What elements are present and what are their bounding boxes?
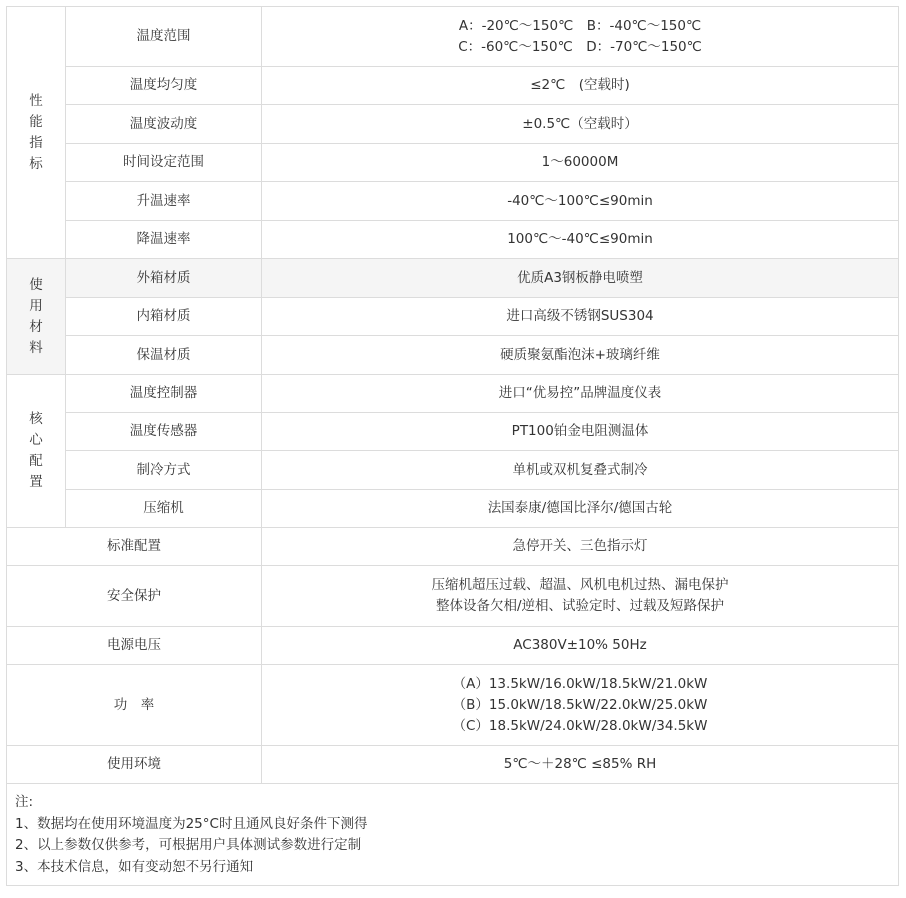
table-row: 使用材料 外箱材质 优质A3钢板静电喷塑 bbox=[7, 259, 899, 298]
row-label: 安全保护 bbox=[7, 566, 262, 627]
row-value: 急停开关、三色指示灯 bbox=[262, 528, 899, 566]
table-row: 安全保护 压缩机超压过载、超温、风机电机过热、漏电保护 整体设备欠相/逆相、试验… bbox=[7, 566, 899, 627]
note-item: 1、数据均在使用环境温度为25°C时且通风良好条件下测得 bbox=[15, 814, 890, 836]
row-value: AC380V±10% 50Hz bbox=[262, 627, 899, 665]
table-row: 时间设定范围 1～60000M bbox=[7, 144, 899, 182]
row-value: 进口高级不锈钢SUS304 bbox=[262, 298, 899, 336]
table-row: 核心配置 温度控制器 进口“优易控”品牌温度仪表 bbox=[7, 375, 899, 413]
row-value: 优质A3钢板静电喷塑 bbox=[262, 259, 899, 298]
row-label: 电源电压 bbox=[7, 627, 262, 665]
row-label: 外箱材质 bbox=[66, 259, 262, 298]
group-label-materials: 使用材料 bbox=[7, 259, 66, 375]
row-label: 压缩机 bbox=[66, 490, 262, 528]
table-row: 降温速率 100℃～-40℃≤90min bbox=[7, 221, 899, 259]
table-row: 温度传感器 PT100铂金电阻测温体 bbox=[7, 413, 899, 451]
row-value: -40℃～100℃≤90min bbox=[262, 182, 899, 221]
row-label: 制冷方式 bbox=[66, 451, 262, 490]
notes-title: 注: bbox=[15, 792, 890, 814]
table-row: 性能指标 温度范围 A：-20℃～150℃ B：-40℃～150℃ C：-60℃… bbox=[7, 7, 899, 67]
row-value: A：-20℃～150℃ B：-40℃～150℃ C：-60℃～150℃ D：-7… bbox=[262, 7, 899, 67]
table-row: 保温材质 硬质聚氨酯泡沫+玻璃纤维 bbox=[7, 336, 899, 375]
row-label: 内箱材质 bbox=[66, 298, 262, 336]
table-row: 电源电压 AC380V±10% 50Hz bbox=[7, 627, 899, 665]
table-row: 升温速率 -40℃～100℃≤90min bbox=[7, 182, 899, 221]
group-label-core: 核心配置 bbox=[7, 375, 66, 528]
notes-cell: 注: 1、数据均在使用环境温度为25°C时且通风良好条件下测得 2、以上参数仅供… bbox=[7, 784, 899, 886]
row-value: 单机或双机复叠式制冷 bbox=[262, 451, 899, 490]
table-row: 温度波动度 ±0.5℃（空载时） bbox=[7, 105, 899, 144]
table-row: 标准配置 急停开关、三色指示灯 bbox=[7, 528, 899, 566]
row-value: 进口“优易控”品牌温度仪表 bbox=[262, 375, 899, 413]
row-value: 硬质聚氨酯泡沫+玻璃纤维 bbox=[262, 336, 899, 375]
row-value: 5℃～＋28℃ ≤85% RH bbox=[262, 746, 899, 784]
table-row: 压缩机 法国泰康/德国比泽尔/德国古轮 bbox=[7, 490, 899, 528]
row-value: 压缩机超压过载、超温、风机电机过热、漏电保护 整体设备欠相/逆相、试验定时、过载… bbox=[262, 566, 899, 627]
notes-row: 注: 1、数据均在使用环境温度为25°C时且通风良好条件下测得 2、以上参数仅供… bbox=[7, 784, 899, 886]
row-value: PT100铂金电阻测温体 bbox=[262, 413, 899, 451]
row-label: 温度传感器 bbox=[66, 413, 262, 451]
note-item: 2、以上参数仅供参考，可根据用户具体测试参数进行定制 bbox=[15, 835, 890, 857]
row-value: 100℃～-40℃≤90min bbox=[262, 221, 899, 259]
row-label: 保温材质 bbox=[66, 336, 262, 375]
group-label-performance: 性能指标 bbox=[7, 7, 66, 259]
note-item: 3、本技术信息，如有变动恕不另行通知 bbox=[15, 857, 890, 879]
row-value: 1～60000M bbox=[262, 144, 899, 182]
row-label: 降温速率 bbox=[66, 221, 262, 259]
row-label: 标准配置 bbox=[7, 528, 262, 566]
row-label: 温度控制器 bbox=[66, 375, 262, 413]
row-label: 温度范围 bbox=[66, 7, 262, 67]
row-label: 温度波动度 bbox=[66, 105, 262, 144]
spec-table: 性能指标 温度范围 A：-20℃～150℃ B：-40℃～150℃ C：-60℃… bbox=[6, 6, 899, 886]
table-row: 功 率 （A）13.5kW/16.0kW/18.5kW/21.0kW （B）15… bbox=[7, 665, 899, 746]
row-value: ≤2℃ (空载时) bbox=[262, 67, 899, 105]
table-row: 温度均匀度 ≤2℃ (空载时) bbox=[7, 67, 899, 105]
row-label: 温度均匀度 bbox=[66, 67, 262, 105]
table-row: 内箱材质 进口高级不锈钢SUS304 bbox=[7, 298, 899, 336]
row-label: 时间设定范围 bbox=[66, 144, 262, 182]
table-row: 使用环境 5℃～＋28℃ ≤85% RH bbox=[7, 746, 899, 784]
row-label: 升温速率 bbox=[66, 182, 262, 221]
row-value: 法国泰康/德国比泽尔/德国古轮 bbox=[262, 490, 899, 528]
row-label: 使用环境 bbox=[7, 746, 262, 784]
row-value: ±0.5℃（空载时） bbox=[262, 105, 899, 144]
row-label: 功 率 bbox=[7, 665, 262, 746]
row-value: （A）13.5kW/16.0kW/18.5kW/21.0kW （B）15.0kW… bbox=[262, 665, 899, 746]
table-row: 制冷方式 单机或双机复叠式制冷 bbox=[7, 451, 899, 490]
